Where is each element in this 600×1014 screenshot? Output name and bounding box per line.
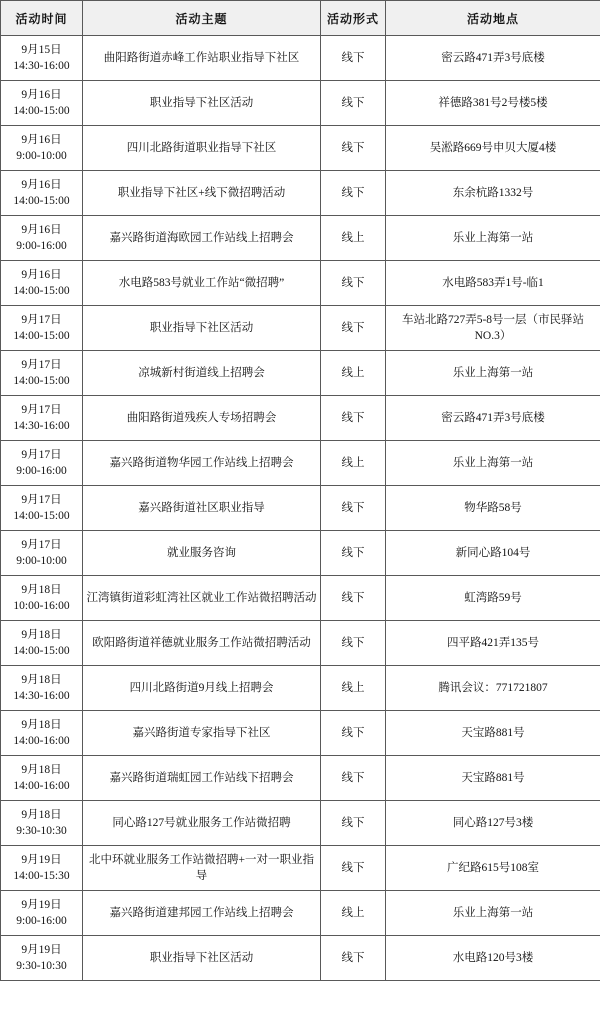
event-date: 9月17日 — [4, 357, 79, 373]
cell-activity-format: 线下 — [321, 171, 386, 216]
event-time-range: 9:00-16:00 — [4, 913, 79, 929]
cell-activity-location: 物华路58号 — [386, 486, 600, 531]
cell-activity-time: 9月16日14:00-15:00 — [1, 171, 83, 216]
events-table: 活动时间 活动主题 活动形式 活动地点 9月15日14:30-16:00曲阳路街… — [0, 0, 600, 981]
table-row: 9月17日14:00-15:00职业指导下社区活动线下车站北路727弄5-8号一… — [1, 306, 600, 351]
table-row: 9月17日14:30-16:00曲阳路街道残疾人专场招聘会线下密云路471弄3号… — [1, 396, 600, 441]
cell-activity-time: 9月18日10:00-16:00 — [1, 576, 83, 621]
cell-activity-location: 乐业上海第一站 — [386, 216, 600, 261]
cell-activity-location: 密云路471弄3号底楼 — [386, 396, 600, 441]
table-row: 9月18日14:30-16:00四川北路街道9月线上招聘会线上腾讯会议：7717… — [1, 666, 600, 711]
cell-activity-theme: 嘉兴路街道建邦园工作站线上招聘会 — [83, 891, 321, 936]
cell-activity-theme: 就业服务咨询 — [83, 531, 321, 576]
event-date: 9月18日 — [4, 582, 79, 598]
cell-activity-time: 9月19日9:30-10:30 — [1, 936, 83, 981]
table-row: 9月18日14:00-16:00嘉兴路街道瑞虹园工作站线下招聘会线下天宝路881… — [1, 756, 600, 801]
event-time-range: 14:00-15:00 — [4, 328, 79, 344]
header-row: 活动时间 活动主题 活动形式 活动地点 — [1, 1, 600, 36]
table-row: 9月16日14:00-15:00职业指导下社区活动线下祥德路381号2号楼5楼 — [1, 81, 600, 126]
cell-activity-format: 线下 — [321, 486, 386, 531]
event-time-range: 14:30-16:00 — [4, 58, 79, 74]
event-date: 9月18日 — [4, 762, 79, 778]
event-time-range: 9:00-10:00 — [4, 148, 79, 164]
table-row: 9月17日9:00-10:00就业服务咨询线下新同心路104号 — [1, 531, 600, 576]
cell-activity-location: 车站北路727弄5-8号一层（市民驿站NO.3） — [386, 306, 600, 351]
event-time-range: 14:00-16:00 — [4, 733, 79, 749]
cell-activity-theme: 职业指导下社区活动 — [83, 306, 321, 351]
event-date: 9月15日 — [4, 42, 79, 58]
event-time-range: 9:00-16:00 — [4, 238, 79, 254]
cell-activity-location: 祥德路381号2号楼5楼 — [386, 81, 600, 126]
cell-activity-time: 9月18日14:00-15:00 — [1, 621, 83, 666]
table-header: 活动时间 活动主题 活动形式 活动地点 — [1, 1, 600, 36]
cell-activity-location: 四平路421弄135号 — [386, 621, 600, 666]
cell-activity-format: 线上 — [321, 666, 386, 711]
event-time-range: 10:00-16:00 — [4, 598, 79, 614]
event-time-range: 14:00-15:00 — [4, 643, 79, 659]
cell-activity-theme: 嘉兴路街道海欧园工作站线上招聘会 — [83, 216, 321, 261]
cell-activity-theme: 曲阳路街道残疾人专场招聘会 — [83, 396, 321, 441]
event-date: 9月16日 — [4, 132, 79, 148]
event-date: 9月17日 — [4, 312, 79, 328]
event-time-range: 14:00-15:00 — [4, 283, 79, 299]
event-date: 9月17日 — [4, 537, 79, 553]
event-time-range: 14:00-15:00 — [4, 193, 79, 209]
table-row: 9月16日14:00-15:00水电路583号就业工作站“微招聘”线下水电路58… — [1, 261, 600, 306]
event-time-range: 9:00-16:00 — [4, 463, 79, 479]
cell-activity-format: 线下 — [321, 36, 386, 81]
cell-activity-theme: 江湾镇街道彩虹湾社区就业工作站微招聘活动 — [83, 576, 321, 621]
col-header-activity-theme: 活动主题 — [83, 1, 321, 36]
event-date: 9月19日 — [4, 897, 79, 913]
cell-activity-time: 9月17日9:00-10:00 — [1, 531, 83, 576]
event-time-range: 14:00-15:00 — [4, 508, 79, 524]
table-row: 9月17日14:00-15:00凉城新村街道线上招聘会线上乐业上海第一站 — [1, 351, 600, 396]
cell-activity-format: 线下 — [321, 396, 386, 441]
cell-activity-format: 线下 — [321, 261, 386, 306]
cell-activity-format: 线下 — [321, 936, 386, 981]
cell-activity-theme: 四川北路街道职业指导下社区 — [83, 126, 321, 171]
cell-activity-location: 同心路127号3楼 — [386, 801, 600, 846]
event-date: 9月16日 — [4, 267, 79, 283]
table-row: 9月19日9:30-10:30职业指导下社区活动线下水电路120号3楼 — [1, 936, 600, 981]
event-date: 9月17日 — [4, 492, 79, 508]
event-date: 9月19日 — [4, 942, 79, 958]
cell-activity-location: 密云路471弄3号底楼 — [386, 36, 600, 81]
cell-activity-format: 线下 — [321, 576, 386, 621]
cell-activity-theme: 嘉兴路街道社区职业指导 — [83, 486, 321, 531]
event-time-range: 14:00-15:00 — [4, 103, 79, 119]
cell-activity-theme: 嘉兴路街道瑞虹园工作站线下招聘会 — [83, 756, 321, 801]
cell-activity-theme: 嘉兴路街道专家指导下社区 — [83, 711, 321, 756]
table-body: 9月15日14:30-16:00曲阳路街道赤峰工作站职业指导下社区线下密云路47… — [1, 36, 600, 981]
cell-activity-location: 乐业上海第一站 — [386, 441, 600, 486]
table-row: 9月17日9:00-16:00嘉兴路街道物华园工作站线上招聘会线上乐业上海第一站 — [1, 441, 600, 486]
cell-activity-format: 线下 — [321, 531, 386, 576]
cell-activity-format: 线下 — [321, 801, 386, 846]
cell-activity-format: 线下 — [321, 306, 386, 351]
event-date: 9月18日 — [4, 672, 79, 688]
cell-activity-format: 线下 — [321, 846, 386, 891]
cell-activity-time: 9月18日14:00-16:00 — [1, 711, 83, 756]
table-row: 9月18日10:00-16:00江湾镇街道彩虹湾社区就业工作站微招聘活动线下虹湾… — [1, 576, 600, 621]
event-date: 9月17日 — [4, 402, 79, 418]
cell-activity-location: 广纪路615号108室 — [386, 846, 600, 891]
table-row: 9月18日14:00-15:00欧阳路街道祥德就业服务工作站微招聘活动线下四平路… — [1, 621, 600, 666]
table-row: 9月19日9:00-16:00嘉兴路街道建邦园工作站线上招聘会线上乐业上海第一站 — [1, 891, 600, 936]
cell-activity-theme: 职业指导下社区+线下微招聘活动 — [83, 171, 321, 216]
table-row: 9月16日9:00-10:00四川北路街道职业指导下社区线下吴淞路669号申贝大… — [1, 126, 600, 171]
cell-activity-time: 9月16日14:00-15:00 — [1, 81, 83, 126]
cell-activity-location: 乐业上海第一站 — [386, 891, 600, 936]
cell-activity-theme: 北中环就业服务工作站微招聘+一对一职业指导 — [83, 846, 321, 891]
event-time-range: 14:30-16:00 — [4, 418, 79, 434]
cell-activity-time: 9月17日14:30-16:00 — [1, 396, 83, 441]
cell-activity-time: 9月19日14:00-15:30 — [1, 846, 83, 891]
cell-activity-location: 水电路583弄1号-临1 — [386, 261, 600, 306]
event-time-range: 14:30-16:00 — [4, 688, 79, 704]
table-row: 9月16日14:00-15:00职业指导下社区+线下微招聘活动线下东余杭路133… — [1, 171, 600, 216]
event-time-range: 9:30-10:30 — [4, 823, 79, 839]
event-date: 9月16日 — [4, 87, 79, 103]
cell-activity-theme: 嘉兴路街道物华园工作站线上招聘会 — [83, 441, 321, 486]
event-time-range: 9:00-10:00 — [4, 553, 79, 569]
cell-activity-time: 9月16日14:00-15:00 — [1, 261, 83, 306]
col-header-activity-location: 活动地点 — [386, 1, 600, 36]
table-row: 9月15日14:30-16:00曲阳路街道赤峰工作站职业指导下社区线下密云路47… — [1, 36, 600, 81]
cell-activity-location: 东余杭路1332号 — [386, 171, 600, 216]
cell-activity-time: 9月18日14:00-16:00 — [1, 756, 83, 801]
cell-activity-location: 虹湾路59号 — [386, 576, 600, 621]
event-date: 9月16日 — [4, 177, 79, 193]
cell-activity-format: 线上 — [321, 891, 386, 936]
table-row: 9月16日9:00-16:00嘉兴路街道海欧园工作站线上招聘会线上乐业上海第一站 — [1, 216, 600, 261]
cell-activity-format: 线下 — [321, 621, 386, 666]
event-date: 9月16日 — [4, 222, 79, 238]
event-time-range: 14:00-15:00 — [4, 373, 79, 389]
cell-activity-time: 9月17日9:00-16:00 — [1, 441, 83, 486]
event-date: 9月17日 — [4, 447, 79, 463]
event-date: 9月18日 — [4, 717, 79, 733]
cell-activity-location: 水电路120号3楼 — [386, 936, 600, 981]
cell-activity-time: 9月16日9:00-10:00 — [1, 126, 83, 171]
cell-activity-time: 9月17日14:00-15:00 — [1, 351, 83, 396]
event-time-range: 14:00-16:00 — [4, 778, 79, 794]
cell-activity-location: 乐业上海第一站 — [386, 351, 600, 396]
cell-activity-theme: 四川北路街道9月线上招聘会 — [83, 666, 321, 711]
cell-activity-format: 线下 — [321, 711, 386, 756]
cell-activity-theme: 水电路583号就业工作站“微招聘” — [83, 261, 321, 306]
cell-activity-time: 9月16日9:00-16:00 — [1, 216, 83, 261]
table-row: 9月18日9:30-10:30同心路127号就业服务工作站微招聘线下同心路127… — [1, 801, 600, 846]
cell-activity-time: 9月17日14:00-15:00 — [1, 306, 83, 351]
cell-activity-format: 线上 — [321, 351, 386, 396]
cell-activity-location: 天宝路881号 — [386, 756, 600, 801]
event-date: 9月18日 — [4, 807, 79, 823]
cell-activity-time: 9月17日14:00-15:00 — [1, 486, 83, 531]
event-time-range: 9:30-10:30 — [4, 958, 79, 974]
table-row: 9月17日14:00-15:00嘉兴路街道社区职业指导线下物华路58号 — [1, 486, 600, 531]
table-row: 9月18日14:00-16:00嘉兴路街道专家指导下社区线下天宝路881号 — [1, 711, 600, 756]
col-header-activity-format: 活动形式 — [321, 1, 386, 36]
cell-activity-time: 9月15日14:30-16:00 — [1, 36, 83, 81]
cell-activity-format: 线下 — [321, 756, 386, 801]
cell-activity-theme: 职业指导下社区活动 — [83, 936, 321, 981]
event-time-range: 14:00-15:30 — [4, 868, 79, 884]
table-row: 9月19日14:00-15:30北中环就业服务工作站微招聘+一对一职业指导线下广… — [1, 846, 600, 891]
cell-activity-theme: 职业指导下社区活动 — [83, 81, 321, 126]
cell-activity-location: 腾讯会议：771721807 — [386, 666, 600, 711]
cell-activity-format: 线下 — [321, 81, 386, 126]
cell-activity-theme: 同心路127号就业服务工作站微招聘 — [83, 801, 321, 846]
cell-activity-format: 线上 — [321, 216, 386, 261]
cell-activity-location: 吴淞路669号申贝大厦4楼 — [386, 126, 600, 171]
event-date: 9月18日 — [4, 627, 79, 643]
cell-activity-time: 9月19日9:00-16:00 — [1, 891, 83, 936]
cell-activity-time: 9月18日9:30-10:30 — [1, 801, 83, 846]
cell-activity-theme: 凉城新村街道线上招聘会 — [83, 351, 321, 396]
cell-activity-format: 线下 — [321, 126, 386, 171]
cell-activity-location: 天宝路881号 — [386, 711, 600, 756]
cell-activity-location: 新同心路104号 — [386, 531, 600, 576]
cell-activity-theme: 曲阳路街道赤峰工作站职业指导下社区 — [83, 36, 321, 81]
cell-activity-theme: 欧阳路街道祥德就业服务工作站微招聘活动 — [83, 621, 321, 666]
cell-activity-time: 9月18日14:30-16:00 — [1, 666, 83, 711]
cell-activity-format: 线上 — [321, 441, 386, 486]
col-header-activity-time: 活动时间 — [1, 1, 83, 36]
event-date: 9月19日 — [4, 852, 79, 868]
